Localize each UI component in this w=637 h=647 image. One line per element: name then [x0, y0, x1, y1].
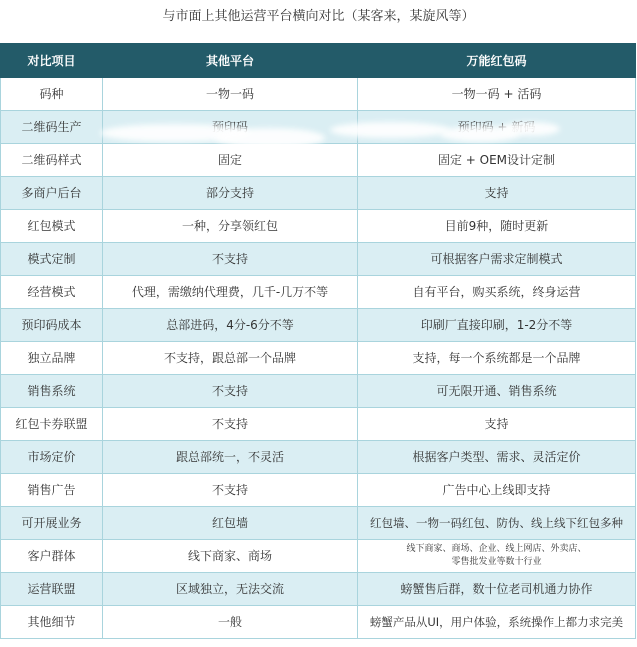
row-ours: 预印码 + 新码: [358, 111, 636, 144]
row-item: 可开展业务: [1, 507, 103, 540]
row-other: 固定: [103, 144, 358, 177]
row-ours: 红包墙、一物一码红包、防伪、线上线下红包多种: [358, 507, 636, 540]
row-item: 预印码成本: [1, 309, 103, 342]
table-row: 经营模式 代理，需缴纳代理费，几千-几万不等 自有平台，购买系统，终身运营: [1, 276, 636, 309]
table-row: 其他细节 一般 螃蟹产品从UI，用户体验，系统操作上都力求完美: [1, 606, 636, 639]
row-other: 不支持: [103, 375, 358, 408]
row-item: 红包卡券联盟: [1, 408, 103, 441]
row-ours: 广告中心上线即支持: [358, 474, 636, 507]
row-ours: 支持，每一个系统都是一个品牌: [358, 342, 636, 375]
row-ours: 自有平台，购买系统，终身运营: [358, 276, 636, 309]
table-row: 码种 一物一码 一物一码 + 活码: [1, 78, 636, 111]
row-item: 多商户后台: [1, 177, 103, 210]
row-item: 其他细节: [1, 606, 103, 639]
row-ours: 一物一码 + 活码: [358, 78, 636, 111]
row-ours: 可根据客户需求定制模式: [358, 243, 636, 276]
row-ours: 线下商家、商场、企业、线上网店、外卖店、 零售批发业等数十行业: [358, 540, 636, 573]
table-row: 预印码成本 总部进码，4分-6分不等 印刷厂直接印刷，1-2分不等: [1, 309, 636, 342]
row-item: 二维码生产: [1, 111, 103, 144]
table-row: 红包模式 一种，分享领红包 目前9种，随时更新: [1, 210, 636, 243]
row-item: 销售系统: [1, 375, 103, 408]
row-other: 红包墙: [103, 507, 358, 540]
row-item: 客户群体: [1, 540, 103, 573]
row-other: 跟总部统一，不灵活: [103, 441, 358, 474]
row-item: 模式定制: [1, 243, 103, 276]
row-ours: 目前9种，随时更新: [358, 210, 636, 243]
row-ours: 可无限开通、销售系统: [358, 375, 636, 408]
row-ours-line-1: 线下商家、商场、企业、线上网店、外卖店、: [358, 543, 635, 556]
row-item: 市场定价: [1, 441, 103, 474]
table-row: 客户群体 线下商家、商场 线下商家、商场、企业、线上网店、外卖店、 零售批发业等…: [1, 540, 636, 573]
row-ours: 支持: [358, 177, 636, 210]
row-item: 红包模式: [1, 210, 103, 243]
row-other: 一物一码: [103, 78, 358, 111]
table-header-row: 对比项目 其他平台 万能红包码: [1, 44, 636, 78]
table-row: 二维码样式 固定 固定 + OEM设计定制: [1, 144, 636, 177]
row-ours-line-2: 零售批发业等数十行业: [358, 556, 635, 569]
row-other: 一般: [103, 606, 358, 639]
row-ours: 根据客户类型、需求、灵活定价: [358, 441, 636, 474]
row-other: 预印码: [103, 111, 358, 144]
row-ours: 固定 + OEM设计定制: [358, 144, 636, 177]
row-item: 码种: [1, 78, 103, 111]
page-title: 与市面上其他运营平台横向对比（某客来，某旋风等）: [0, 0, 637, 43]
table-row: 二维码生产 预印码 预印码 + 新码: [1, 111, 636, 144]
row-other: 不支持: [103, 243, 358, 276]
table-row: 销售系统 不支持 可无限开通、销售系统: [1, 375, 636, 408]
row-other: 区域独立，无法交流: [103, 573, 358, 606]
row-ours: 螃蟹售后群，数十位老司机通力协作: [358, 573, 636, 606]
header-other-platforms: 其他平台: [103, 44, 358, 78]
table-row: 可开展业务 红包墙 红包墙、一物一码红包、防伪、线上线下红包多种: [1, 507, 636, 540]
row-other: 代理，需缴纳代理费，几千-几万不等: [103, 276, 358, 309]
table-row: 模式定制 不支持 可根据客户需求定制模式: [1, 243, 636, 276]
header-our-product: 万能红包码: [358, 44, 636, 78]
row-other: 部分支持: [103, 177, 358, 210]
row-item: 独立品牌: [1, 342, 103, 375]
row-ours: 印刷厂直接印刷，1-2分不等: [358, 309, 636, 342]
row-other: 一种，分享领红包: [103, 210, 358, 243]
table-row: 销售广告 不支持 广告中心上线即支持: [1, 474, 636, 507]
row-item: 销售广告: [1, 474, 103, 507]
row-other: 总部进码，4分-6分不等: [103, 309, 358, 342]
table-row: 独立品牌 不支持，跟总部一个品牌 支持，每一个系统都是一个品牌: [1, 342, 636, 375]
header-item: 对比项目: [1, 44, 103, 78]
row-item: 二维码样式: [1, 144, 103, 177]
row-other: 不支持: [103, 408, 358, 441]
table-row: 多商户后台 部分支持 支持: [1, 177, 636, 210]
table-row: 红包卡券联盟 不支持 支持: [1, 408, 636, 441]
table-row: 运营联盟 区域独立，无法交流 螃蟹售后群，数十位老司机通力协作: [1, 573, 636, 606]
row-other: 不支持，跟总部一个品牌: [103, 342, 358, 375]
row-item: 经营模式: [1, 276, 103, 309]
row-other: 线下商家、商场: [103, 540, 358, 573]
row-other: 不支持: [103, 474, 358, 507]
table-row: 市场定价 跟总部统一，不灵活 根据客户类型、需求、灵活定价: [1, 441, 636, 474]
row-item: 运营联盟: [1, 573, 103, 606]
comparison-table: 对比项目 其他平台 万能红包码 码种 一物一码 一物一码 + 活码 二维码生产 …: [0, 43, 636, 639]
row-ours: 支持: [358, 408, 636, 441]
row-ours: 螃蟹产品从UI，用户体验，系统操作上都力求完美: [358, 606, 636, 639]
